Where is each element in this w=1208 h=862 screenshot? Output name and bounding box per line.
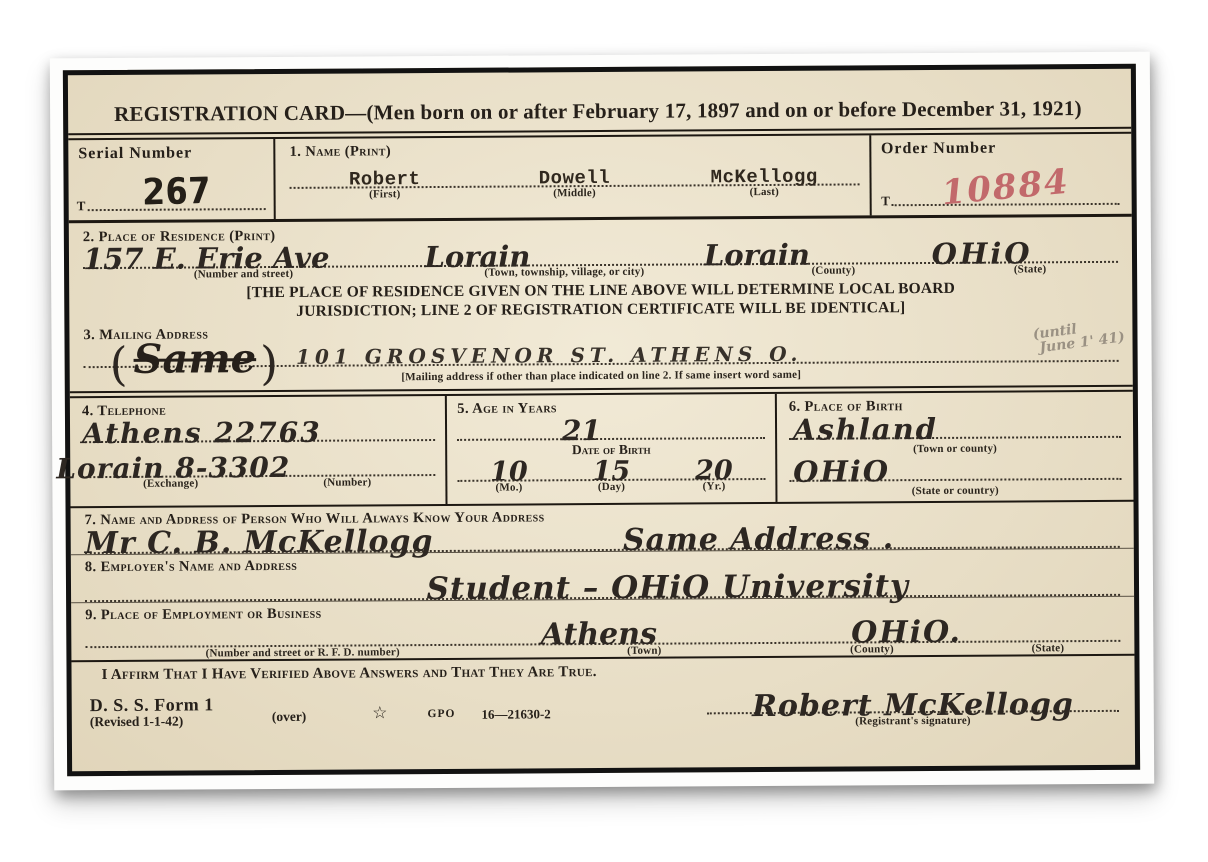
- serial-write-line: T 267: [77, 178, 266, 211]
- name-field: 1. Name (Print) Robert Dowell McKellogg …: [276, 135, 872, 219]
- star-icon: ☆: [372, 703, 387, 723]
- telephone-value-1: Athens 22763: [82, 419, 322, 448]
- employer-value: Student – OHiO University: [426, 571, 909, 605]
- birthplace-town-line: Ashland: [789, 414, 1121, 440]
- telephone-age-birth-row: 4. Telephone Athens 22763 Lorain 8-3302 …: [70, 392, 1134, 508]
- employment-label: 9. Place of Employment or Business: [85, 606, 321, 623]
- name-sublabel-first: (First): [290, 188, 480, 201]
- form-id-block: D. S. S. Form 1 (Revised 1-1-42): [90, 695, 214, 729]
- employment-sublabel-county: (County): [768, 643, 975, 656]
- residence-sublabel-street: (Number and street): [83, 267, 404, 281]
- date-of-birth-sublabels: (Mo.) (Day) (Yr.): [458, 480, 766, 494]
- signature-sublabel: (Registrant's signature): [855, 715, 971, 728]
- serial-prefix: T: [77, 198, 86, 214]
- telephone-field: 4. Telephone Athens 22763 Lorain 8-3302 …: [70, 396, 448, 506]
- residence-sublabel-town: (Town, township, village, or city): [404, 265, 725, 279]
- card-title-row: REGISTRATION CARD—(Men born on or after …: [68, 69, 1131, 133]
- card-title: REGISTRATION CARD—(Men born on or after …: [114, 96, 1082, 126]
- contact-address-value: Same Address .: [623, 525, 894, 557]
- age-field: 5. Age in Years 21 Date of Birth 10 15 2…: [447, 394, 777, 504]
- serial-name-order-row: Serial Number T 267 1. Name (Print) Robe…: [68, 134, 1131, 223]
- contact-name-value: Mr C. B. McKellogg: [85, 526, 623, 559]
- birthplace-sublabel-state: (State or country): [912, 485, 999, 498]
- mailing-address-value: 101 GROSVENOR ST. ATHENS O.: [296, 342, 802, 369]
- telephone-line-2: Lorain 8-3302: [82, 453, 435, 478]
- gpo-label: GPO: [427, 708, 455, 720]
- employment-sublabel-number: (Number and street or R. F. D. number): [85, 645, 520, 660]
- form-number: D. S. S. Form 1: [90, 695, 214, 715]
- mailing-sublabel: [Mailing address if other than place ind…: [401, 369, 801, 383]
- mailing-address-field: 3. Mailing Address ( Same ) 101 GROSVENO…: [69, 318, 1132, 391]
- order-number-field: Order Number T 10884: [871, 134, 1132, 216]
- contact-field: 7. Name and Address of Person Who Will A…: [71, 502, 1134, 555]
- mailing-open-paren: (: [110, 348, 128, 380]
- birthplace-field: 6. Place of Birth Ashland (Town or count…: [777, 392, 1134, 502]
- telephone-sublabel-exchange: (Exchange): [82, 477, 259, 490]
- scanned-sheet: REGISTRATION CARD—(Men born on or after …: [50, 52, 1154, 791]
- employer-field: 8. Employer's Name and Address Student –…: [71, 549, 1134, 603]
- gpo-print-code: 16—21630-2: [481, 706, 550, 722]
- name-sublabel-middle: (Middle): [480, 187, 670, 200]
- serial-number-label: Serial Number: [78, 144, 192, 162]
- card-footer: D. S. S. Form 1 (Revised 1-1-42) (over) …: [72, 680, 1135, 734]
- signature-field: Robert McKellogg (Registrant's signature…: [707, 690, 1119, 731]
- registration-card: REGISTRATION CARD—(Men born on or after …: [63, 64, 1140, 777]
- residence-field: 2. Place of Residence (Print) 157 E. Eri…: [69, 217, 1132, 281]
- residence-notice: [THE PLACE OF RESIDENCE GIVEN ON THE LIN…: [69, 274, 1132, 324]
- mailing-close-paren: ): [260, 347, 278, 379]
- residence-sublabel-county: (County): [725, 263, 942, 276]
- order-write-line: T 10884: [881, 174, 1120, 206]
- telephone-sublabel-number: (Number): [259, 476, 436, 489]
- serial-dotted-line: 267: [87, 178, 266, 211]
- date-of-birth-values: 10 15 20: [458, 457, 766, 482]
- birthplace-state-value: OHiO: [793, 458, 890, 488]
- employer-label: 8. Employer's Name and Address: [85, 558, 297, 575]
- order-number-label: Order Number: [881, 140, 996, 158]
- order-number-handwritten: 10884: [941, 169, 1071, 208]
- age-write-line: 21: [457, 416, 765, 441]
- birthplace-sublabel-town: (Town or county): [913, 443, 997, 456]
- name-sublabel-last: (Last): [669, 185, 859, 198]
- employment-sublabel-town: (Town): [520, 644, 768, 658]
- order-dotted-line: 10884: [892, 174, 1120, 206]
- serial-number-stamp: 267: [142, 178, 211, 208]
- name-sublabels: (First) (Middle) (Last): [290, 185, 859, 200]
- dob-sublabel-month: (Mo.): [458, 482, 561, 495]
- employment-field: 9. Place of Employment or Business Athen…: [71, 597, 1134, 662]
- form-revision: (Revised 1-1-42): [90, 714, 214, 729]
- serial-number-field: Serial Number T 267: [68, 139, 276, 220]
- over-note: (over): [272, 709, 307, 725]
- telephone-sublabels: (Exchange) (Number): [82, 476, 435, 490]
- scan-scene: REGISTRATION CARD—(Men born on or after …: [0, 0, 1208, 862]
- age-label: 5. Age in Years: [457, 401, 557, 418]
- name-label: 1. Name (Print): [290, 140, 859, 160]
- telephone-line-1: Athens 22763: [82, 418, 435, 443]
- residence-sublabel-state: (State): [942, 262, 1118, 275]
- mailing-crossed-value: Same: [133, 343, 256, 376]
- mailing-pencil-note: (until June 1' 41): [1032, 317, 1125, 356]
- order-prefix: T: [881, 193, 890, 209]
- employment-sublabel-state: (State): [975, 642, 1120, 655]
- age-value: 21: [562, 417, 601, 445]
- dob-sublabel-day: (Day): [560, 481, 663, 494]
- birthplace-state-line: OHiO: [789, 456, 1121, 482]
- dob-sublabel-year: (Yr.): [663, 480, 766, 493]
